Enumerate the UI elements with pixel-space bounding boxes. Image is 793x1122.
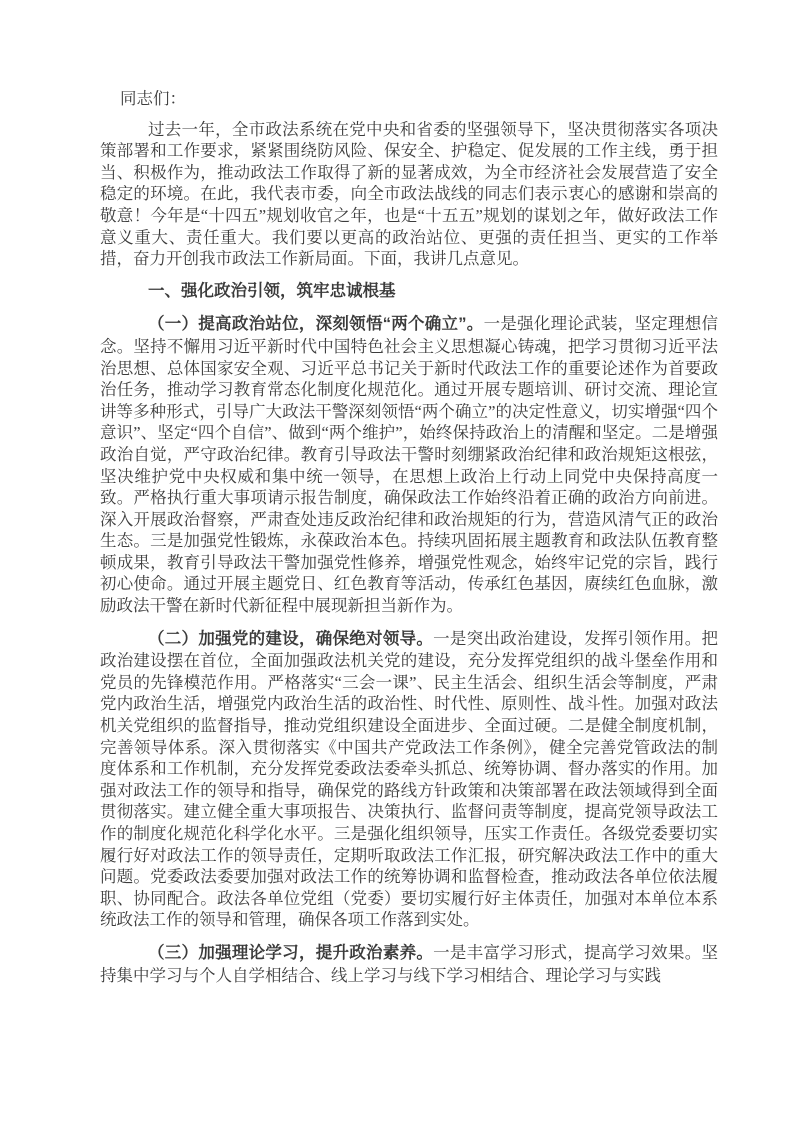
salutation: 同志们： [100,88,718,110]
subsection-paragraph-1: （一）提高政治站位，深刻领悟“两个确立”。一是强化理论武装，坚定理想信念。坚持不… [100,313,718,616]
intro-paragraph: 过去一年，全市政法系统在党中央和省委的坚强领导下，坚决贯彻落实各项决策部署和工作… [100,119,718,270]
subsection-paragraph-3: （三）加强理论学习，提升政治素养。一是丰富学习形式，提高学习效果。坚持集中学习与… [100,942,718,986]
subsection-2-lead: （二）加强党的建设，确保绝对领导。 [148,630,433,648]
subsection-3-lead: （三）加强理论学习，提升政治素养。 [148,944,433,962]
subsection-paragraph-2: （二）加强党的建设，确保绝对领导。一是突出政治建设，发挥引领作用。把政治建设摆在… [100,628,718,931]
subsection-1-lead: （一）提高政治站位，深刻领悟“两个确立”。 [148,315,484,333]
section-heading-1: 一、强化政治引领，筑牢忠诚根基 [100,281,718,303]
subsection-1-body: 一是强化理论武装，坚定理想信念。坚持不懈用习近平新时代中国特色社会主义思想凝心铸… [100,314,718,615]
document-page: 同志们： 过去一年，全市政法系统在党中央和省委的坚强领导下，坚决贯彻落实各项决策… [0,0,793,1122]
subsection-2-body: 一是突出政治建设，发挥引领作用。把政治建设摆在首位，全面加强政法机关党的建设，充… [100,629,718,930]
